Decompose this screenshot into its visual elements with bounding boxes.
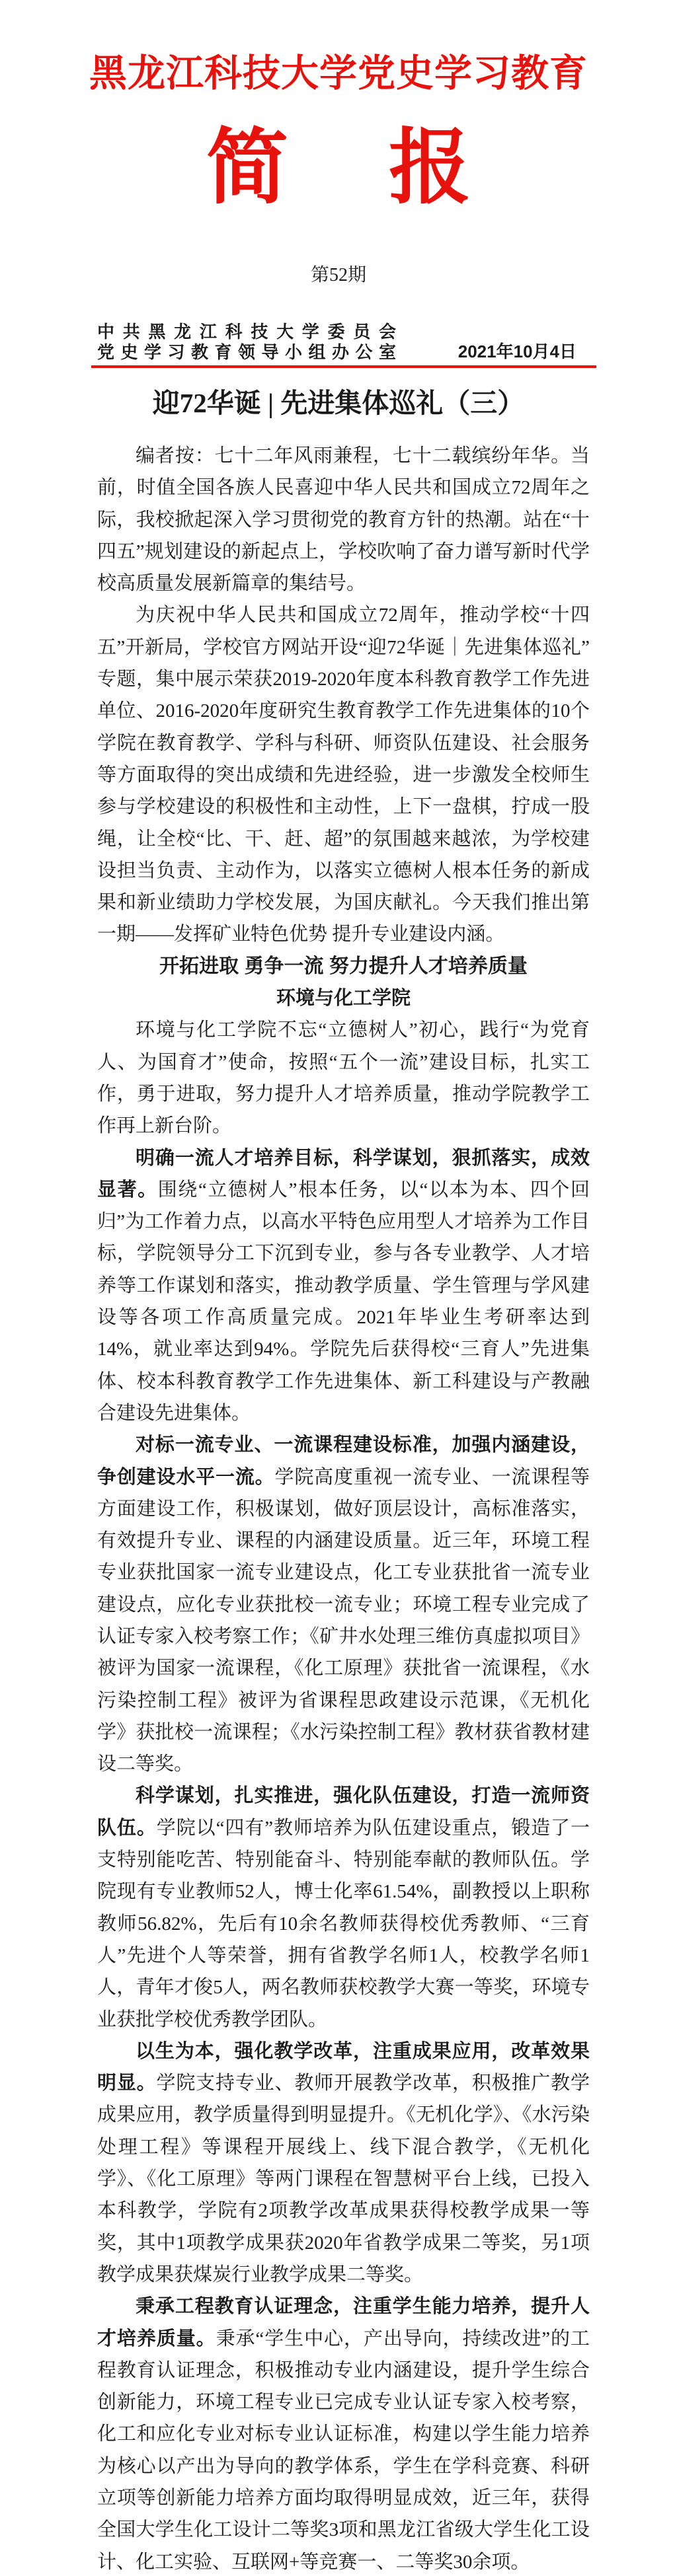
section-subheading: 环境与化工学院 xyxy=(97,982,590,1014)
paragraph-text: 编者按：七十二年风雨兼程，七十二载缤纷年华。当前，时值全国各族人民喜迎中华人民共… xyxy=(97,445,590,594)
bulletin-page: 黑龙江科技大学党史学习教育 简 报 第52期 中共黑龙江科技大学委员会 党史学习… xyxy=(0,0,677,2576)
article-body: 编者按：七十二年风雨兼程，七十二载缤纷年华。当前，时值全国各族人民喜迎中华人民共… xyxy=(97,440,590,2576)
paragraph-text: 秉承“学生中心，产出导向，持续改进”的工程教育认证理念，积极推动专业内涵建设，提… xyxy=(97,2328,590,2573)
paragraph-text: 学院以“四有”教师培养为队伍建设重点，锻造了一支特别能吃苦、特别能奋斗、特别能奉… xyxy=(97,1818,590,2030)
paragraph: 以生为本，强化教学改革，注重成果应用，改革效果明显。学院支持专业、教师开展教学改… xyxy=(97,2036,590,2291)
issue-number: 第52期 xyxy=(0,264,677,287)
paragraph: 为庆祝中华人民共和国成立72周年，推动学校“十四五”开新局，学校官方网站开设“迎… xyxy=(97,599,590,950)
masthead-divider-rule xyxy=(91,365,596,368)
masthead-org-title: 黑龙江科技大学党史学习教育 xyxy=(0,53,677,94)
publisher-block: 中共黑龙江科技大学委员会 党史学习教育领导小组办公室 xyxy=(97,322,396,363)
publisher-line-1: 中共黑龙江科技大学委员会 xyxy=(97,322,396,342)
section-heading: 开拓进取 勇争一流 努力提升人才培养质量 xyxy=(97,951,590,982)
paragraph: 科学谋划，扎实推进，强化队伍建设，打造一流师资队伍。学院以“四有”教师培养为队伍… xyxy=(97,1780,590,2035)
paragraph: 环境与化工学院不忘“立德树人”初心，践行“为党育人、为国育才”使命，按照“五个一… xyxy=(97,1014,590,1142)
paragraph: 明确一流人才培养目标，科学谋划，狠抓落实，成效显著。围绕“立德树人”根本任务，以… xyxy=(97,1142,590,1430)
bulletin-char-2: 报 xyxy=(389,123,471,213)
paragraph-text: 学院高度重视一流专业、一流课程等方面建设工作，积极谋划，做好顶层设计，高标准落实… xyxy=(97,1467,590,1775)
paragraph-text: 环境与化工学院不忘“立德树人”初心，践行“为党育人、为国育才”使命，按照“五个一… xyxy=(97,1019,590,1136)
article-title: 迎72华诞 | 先进集体巡礼（三） xyxy=(0,387,677,420)
paragraph-editor-note: 编者按：七十二年风雨兼程，七十二载缤纷年华。当前，时值全国各族人民喜迎中华人民共… xyxy=(97,440,590,599)
publisher-line-2: 党史学习教育领导小组办公室 xyxy=(97,342,396,363)
paragraph: 对标一流专业、一流课程建设标准，加强内涵建设，争创建设水平一流。学院高度重视一流… xyxy=(97,1429,590,1780)
paragraph-text: 为庆祝中华人民共和国成立72周年，推动学校“十四五”开新局，学校官方网站开设“迎… xyxy=(97,605,590,945)
paragraph-text: 学院支持专业、教师开展教学改革，积极推广教学成果应用，教学质量得到明显提升。《无… xyxy=(97,2073,590,2285)
paragraph-text: 围绕“立德树人”根本任务，以“以本为本、四个回归”为工作着力点，以高水平特色应用… xyxy=(97,1179,590,1424)
masthead-bulletin-title: 简 报 xyxy=(0,123,677,213)
paragraph: 秉承工程教育认证理念，注重学生能力培养，提升人才培养质量。秉承“学生中心，产出导… xyxy=(97,2291,590,2576)
issue-date: 2021年10月4日 xyxy=(458,342,577,362)
bulletin-char-1: 简 xyxy=(206,123,288,213)
